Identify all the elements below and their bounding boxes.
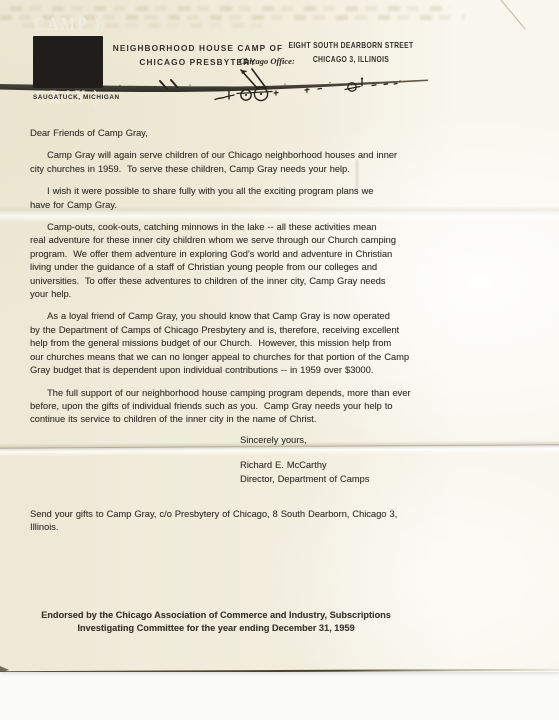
signature-block: Richard E. McCarthy Director, Department… bbox=[240, 459, 415, 486]
paragraph-line: your help. bbox=[30, 288, 415, 301]
paragraph-line: continue its service to children of the … bbox=[30, 413, 415, 426]
signature-title: Director, Department of Camps bbox=[240, 473, 415, 486]
paragraph-line: by the Department of Camps of Chicago Pr… bbox=[30, 324, 415, 337]
postscript-line: Send your gifts to Camp Gray, c/o Presby… bbox=[30, 508, 415, 521]
paragraph-line: have for Camp Gray. bbox=[30, 199, 415, 212]
paragraph-line: Camp-outs, cook-outs, catching minnows i… bbox=[30, 221, 415, 234]
paragraph-line: real adventure for these inner city chil… bbox=[30, 234, 415, 247]
scanned-letter: CAMP ) GRAY ) SAUGATUCK, MICHIGAN NEIGHB… bbox=[0, 0, 559, 720]
office-address: EIGHT SOUTH DEARBORN STREET CHICAGO 3, I… bbox=[281, 39, 421, 66]
camp-gray-logo-text: CAMP ) GRAY ) bbox=[34, 0, 102, 159]
letter-paper: CAMP ) GRAY ) SAUGATUCK, MICHIGAN NEIGHB… bbox=[0, 0, 559, 672]
paragraph-line: I wish it were possible to share fully w… bbox=[30, 185, 415, 198]
postscript: Send your gifts to Camp Gray, c/o Presby… bbox=[30, 508, 415, 535]
corner-fold-crease bbox=[500, 0, 525, 29]
paragraph-line: our churches means that we can no longer… bbox=[30, 351, 415, 364]
paper-corner-notch bbox=[0, 666, 9, 672]
endorsement-footer: Endorsed by the Chicago Association of C… bbox=[30, 609, 402, 635]
paragraph-line: help from the general missions budget of… bbox=[30, 337, 415, 350]
paragraph-line: As a loyal friend of Camp Gray, you shou… bbox=[30, 310, 415, 323]
closing: Sincerely yours, bbox=[240, 434, 415, 447]
paragraph-line: Gray budget that is dependent upon indiv… bbox=[30, 364, 415, 377]
paragraph-line: program. We offer them adventure in expl… bbox=[30, 248, 415, 261]
paragraph: The full support of our neighborhood hou… bbox=[30, 387, 415, 427]
organization-line-1: NEIGHBORHOOD HOUSE CAMP OF bbox=[103, 41, 293, 55]
paragraph: Camp-outs, cook-outs, catching minnows i… bbox=[30, 221, 415, 301]
logo-location-label: SAUGATUCK, MICHIGAN bbox=[33, 94, 120, 101]
paragraph: I wish it were possible to share fully w… bbox=[30, 185, 415, 212]
paragraph-line: city churches in 1959. To serve these ch… bbox=[30, 163, 415, 176]
camp-gray-logo: CAMP ) GRAY ) bbox=[33, 36, 103, 88]
paragraph-line: universities. To offer these adventures … bbox=[30, 275, 415, 288]
endorsement-line-1: Endorsed by the Chicago Association of C… bbox=[30, 609, 402, 622]
paragraph-line: The full support of our neighborhood hou… bbox=[30, 387, 415, 400]
logo-line-1: CAMP ) bbox=[34, 13, 102, 37]
paragraph: As a loyal friend of Camp Gray, you shou… bbox=[30, 310, 415, 377]
endorsement-line-2: Investigating Committee for the year end… bbox=[30, 622, 402, 635]
paper-bottom-edge bbox=[0, 669, 559, 672]
letter-body: Dear Friends of Camp Gray, Camp Gray wil… bbox=[30, 127, 415, 535]
signature-name: Richard E. McCarthy bbox=[240, 459, 415, 472]
address-line-2: CHICAGO 3, ILLINOIS bbox=[281, 53, 421, 67]
address-line-1: EIGHT SOUTH DEARBORN STREET bbox=[281, 39, 421, 53]
postscript-line: Illinois. bbox=[30, 521, 415, 534]
paragraph-line: before, upon the gifts of individual fri… bbox=[30, 400, 415, 413]
paragraph-line: living under the guidance of a staff of … bbox=[30, 261, 415, 274]
